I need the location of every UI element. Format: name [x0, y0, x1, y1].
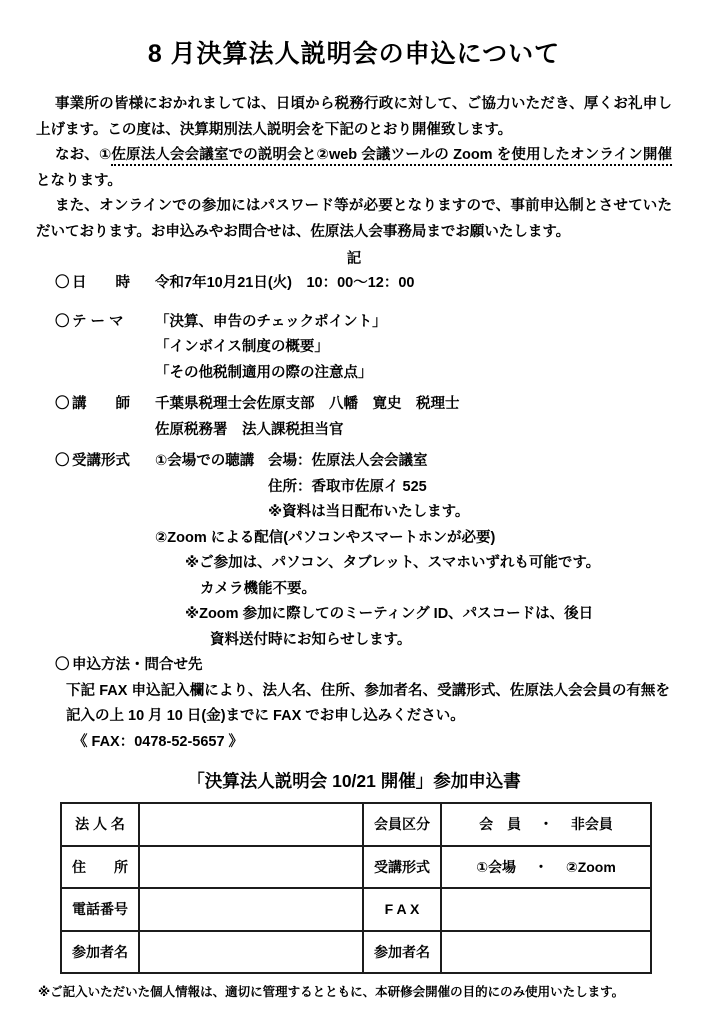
format-venue-note: ※資料は当日配布いたします。: [155, 500, 678, 526]
format-zoom-note1: ※ご参加は、パソコン、タブレット、スマホいずれも可能です。: [155, 551, 678, 577]
form-label-participant-2: 参加者名: [363, 931, 441, 974]
intro-paragraph-2: なお、①佐原法人会会議室での説明会と②web 会議ツールの Zoom を使用した…: [36, 143, 672, 194]
circle-marker: 〇: [55, 653, 72, 679]
form-input-corporate-name: [139, 803, 363, 846]
application-form-table: 法 人 名 会員区分 会 員 ・ 非会員 住 所 受講形式 ①会場 ・ ②Zoo…: [60, 802, 652, 974]
circle-marker: 〇: [55, 392, 72, 418]
form-label-address: 住 所: [61, 846, 139, 889]
form-label-member-type: 会員区分: [363, 803, 441, 846]
circle-marker: 〇: [55, 271, 72, 297]
section-apply-heading: 〇 申込方法・問合せ先: [55, 653, 678, 679]
table-row-phone: 電話番号 F A X: [61, 888, 651, 931]
form-input-fax: [441, 888, 651, 931]
page-title: 8 月決算法人説明会の申込について: [0, 34, 708, 70]
privacy-note: ※ご記入いただいた個人情報は、適切に管理するとともに、本研修会開催の目的にのみ使…: [38, 983, 678, 1001]
section-theme: 〇 テ ー マ 「決算、申告のチェックポイント」 「インボイス制度の概要」 「そ…: [55, 310, 678, 387]
lecturer-label: 講 師: [72, 392, 155, 418]
theme-item: 「インボイス制度の概要」: [155, 335, 678, 361]
format-zoom-note3: ※Zoom 参加に際してのミーティング ID、パスコードは、後日: [155, 602, 678, 628]
circle-marker: 〇: [55, 310, 72, 336]
intro-p2-underlined: 佐原法人会会議室での説明会と②web 会議ツールの Zoom を使用したオンライ…: [111, 147, 672, 166]
intro-p2-prefix: なお、①: [55, 147, 111, 163]
format-zoom-title: ②Zoom による配信(パソコンやスマートホンが必要): [155, 526, 678, 552]
record-heading: 記: [0, 247, 708, 271]
section-lecturer: 〇 講 師 千葉県税理士会佐原支部 八幡 寛史 税理士 佐原税務署 法人課税担当…: [55, 392, 678, 443]
form-options-member-type: 会 員 ・ 非会員: [441, 803, 651, 846]
format-venue-address: 住所：香取市佐原イ 525: [155, 475, 678, 501]
intro-p2-suffix: となります。: [36, 173, 122, 189]
section-datetime: 〇 日 時 令和7年10月21日(火) 10：00～12：00: [55, 271, 678, 297]
form-input-participant: [139, 931, 363, 974]
fax-number-line: 《 FAX：0478-52-5657 》: [73, 730, 708, 756]
theme-item: 「決算、申告のチェックポイント」: [155, 310, 678, 336]
lecturer-item: 佐原税務署 法人課税担当官: [155, 418, 678, 444]
format-label: 受講形式: [72, 449, 155, 475]
form-label-participant: 参加者名: [61, 931, 139, 974]
format-zoom-note2: カメラ機能不要。: [155, 577, 678, 603]
form-label-phone: 電話番号: [61, 888, 139, 931]
form-input-phone: [139, 888, 363, 931]
form-label-fax: F A X: [363, 888, 441, 931]
intro-paragraphs: 事業所の皆様におかれましては、日頃から税務行政に対して、ご協力いただき、厚くお礼…: [36, 92, 672, 245]
datetime-value: 令和7年10月21日(火) 10：00～12：00: [155, 271, 678, 297]
form-options-attend-format: ①会場 ・ ②Zoom: [441, 846, 651, 889]
form-label-corporate-name: 法 人 名: [61, 803, 139, 846]
application-form-title: 「決算法人説明会 10/21 開催」参加申込書: [0, 768, 708, 793]
table-row-corporate-name: 法 人 名 会員区分 会 員 ・ 非会員: [61, 803, 651, 846]
datetime-label: 日 時: [72, 271, 155, 297]
lecturer-item: 千葉県税理士会佐原支部 八幡 寛史 税理士: [155, 392, 678, 418]
format-venue-place: 会場：佐原法人会会議室: [268, 453, 428, 469]
intro-paragraph-3: また、オンラインでの参加にはパスワード等が必要となりますので、事前申込制とさせて…: [36, 194, 672, 245]
theme-label: テ ー マ: [72, 310, 155, 336]
table-row-participant: 参加者名 参加者名: [61, 931, 651, 974]
form-input-participant-2: [441, 931, 651, 974]
apply-instructions: 下記 FAX 申込記入欄により、法人名、住所、参加者名、受講形式、佐原法人会会員…: [66, 679, 670, 730]
theme-item: 「その他税制適用の際の注意点」: [155, 361, 678, 387]
format-venue-title: ①会場での聴講: [155, 449, 268, 475]
document-page: 8 月決算法人説明会の申込について 事業所の皆様におかれましては、日頃から税務行…: [0, 0, 708, 1024]
format-zoom-note4: 資料送付時にお知らせします。: [155, 628, 678, 654]
form-label-attend-format: 受講形式: [363, 846, 441, 889]
section-format: 〇 受講形式 ①会場での聴講会場：佐原法人会会議室 住所：香取市佐原イ 525 …: [55, 449, 678, 653]
intro-paragraph-1: 事業所の皆様におかれましては、日頃から税務行政に対して、ご協力いただき、厚くお礼…: [36, 92, 672, 143]
circle-marker: 〇: [55, 449, 72, 475]
form-input-address: [139, 846, 363, 889]
table-row-address: 住 所 受講形式 ①会場 ・ ②Zoom: [61, 846, 651, 889]
format-venue-line: ①会場での聴講会場：佐原法人会会議室: [155, 449, 678, 475]
apply-label: 申込方法・問合せ先: [72, 653, 203, 679]
